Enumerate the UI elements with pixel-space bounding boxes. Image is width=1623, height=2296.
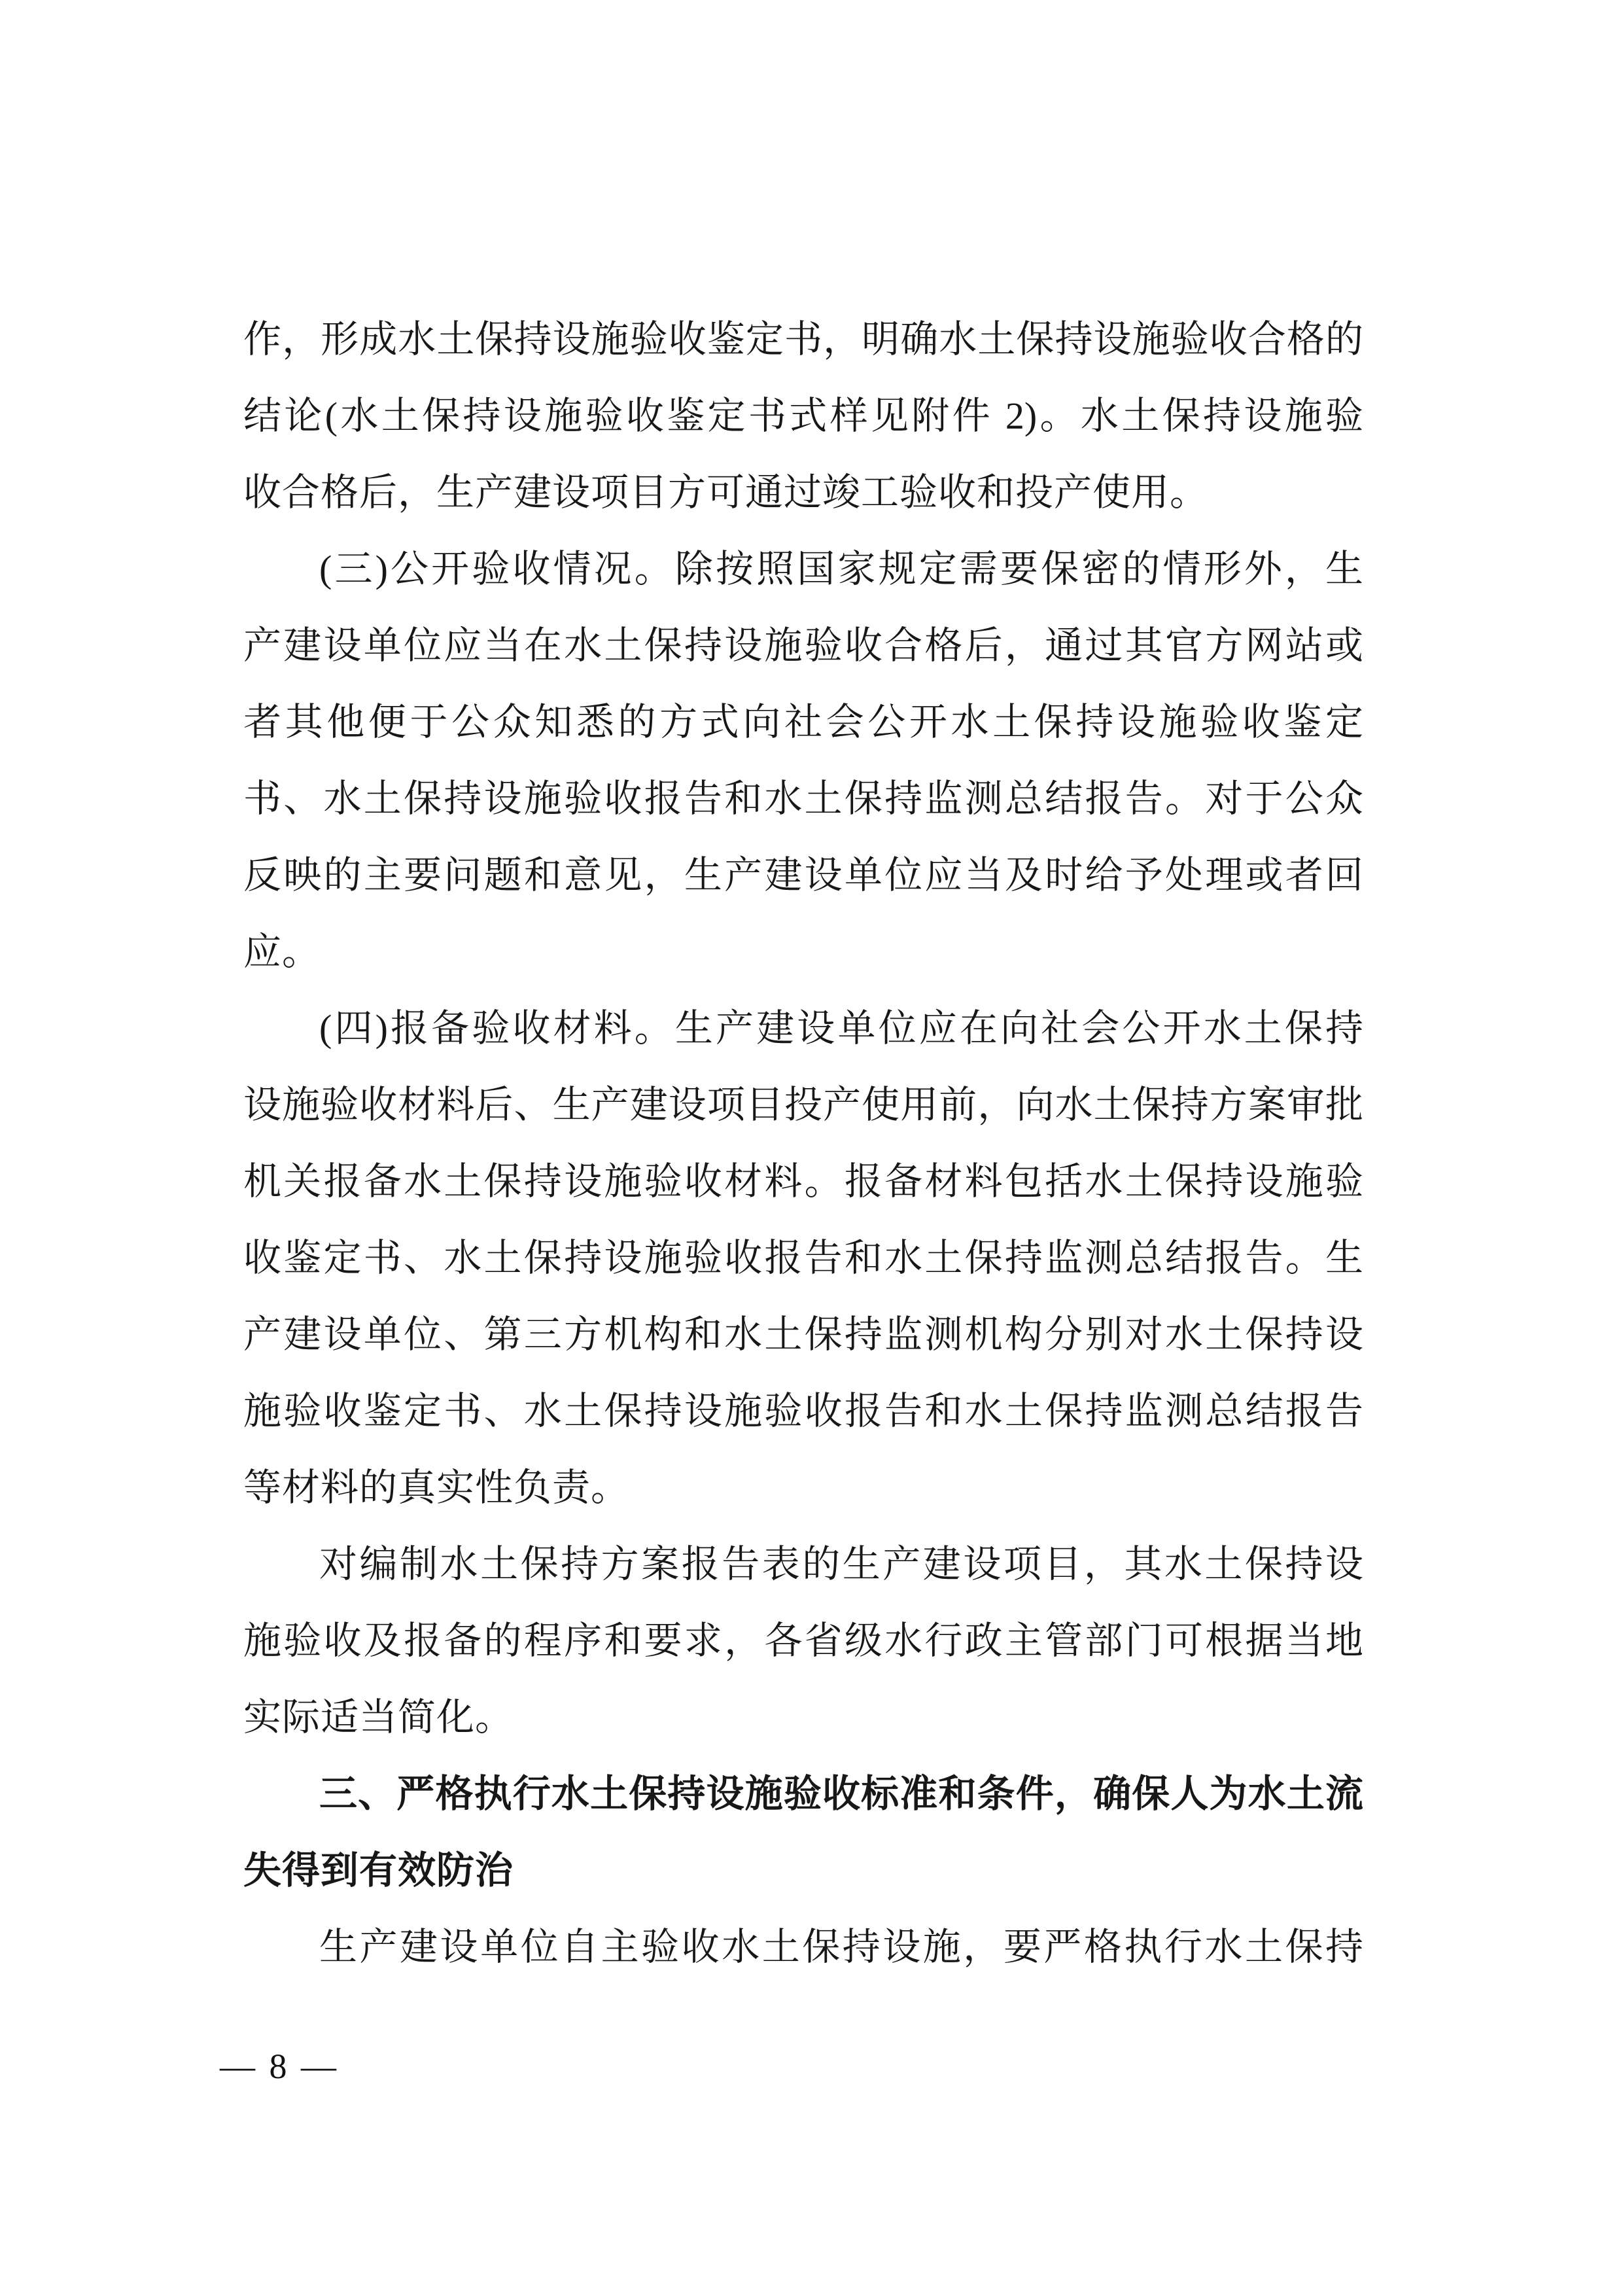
text-line: 应。	[243, 913, 1363, 990]
text-line: 机关报备水土保持设施验收材料。报备材料包括水土保持设施验	[243, 1143, 1363, 1220]
text-line: 反映的主要问题和意见，生产建设单位应当及时给予处理或者回	[243, 837, 1363, 913]
text-line: 产建设单位应当在水土保持设施验收合格后，通过其官方网站或	[243, 607, 1363, 684]
text-line: 等材料的真实性负责。	[243, 1449, 1363, 1526]
text-line: 作，形成水土保持设施验收鉴定书，明确水土保持设施验收合格的	[243, 301, 1363, 378]
text-line: 收鉴定书、水土保持设施验收报告和水土保持监测总结报告。生	[243, 1220, 1363, 1296]
text-line: 生产建设单位自主验收水土保持设施，要严格执行水土保持	[243, 1909, 1363, 1985]
text-line: (四)报备验收材料。生产建设单位应在向社会公开水土保持	[243, 990, 1363, 1067]
text-line: 结论(水土保持设施验收鉴定书式样见附件 2)。水土保持设施验	[243, 378, 1363, 454]
page-footer: — 8 —	[220, 2045, 339, 2087]
text-line: 施验收及报备的程序和要求，各省级水行政主管部门可根据当地	[243, 1602, 1363, 1679]
section-heading-line: 三、严格执行水土保持设施验收标准和条件，确保人为水土流	[243, 1756, 1363, 1832]
section-heading-line: 失得到有效防治	[243, 1832, 1363, 1909]
text-line: 施验收鉴定书、水土保持设施验收报告和水土保持监测总结报告	[243, 1373, 1363, 1449]
text-line: 书、水土保持设施验收报告和水土保持监测总结报告。对于公众	[243, 760, 1363, 837]
document-body: 作，形成水土保持设施验收鉴定书，明确水土保持设施验收合格的 结论(水土保持设施验…	[243, 301, 1363, 1985]
text-line: 对编制水土保持方案报告表的生产建设项目，其水土保持设	[243, 1526, 1363, 1602]
page-number: — 8 —	[220, 2047, 339, 2086]
text-line: 产建设单位、第三方机构和水土保持监测机构分别对水土保持设	[243, 1296, 1363, 1373]
document-page: 作，形成水土保持设施验收鉴定书，明确水土保持设施验收合格的 结论(水土保持设施验…	[0, 0, 1623, 2296]
text-line: 实际适当简化。	[243, 1679, 1363, 1756]
text-line: 收合格后，生产建设项目方可通过竣工验收和投产使用。	[243, 454, 1363, 531]
text-line: 者其他便于公众知悉的方式向社会公开水土保持设施验收鉴定	[243, 684, 1363, 760]
text-line: 设施验收材料后、生产建设项目投产使用前，向水土保持方案审批	[243, 1067, 1363, 1143]
text-line: (三)公开验收情况。除按照国家规定需要保密的情形外，生	[243, 531, 1363, 607]
